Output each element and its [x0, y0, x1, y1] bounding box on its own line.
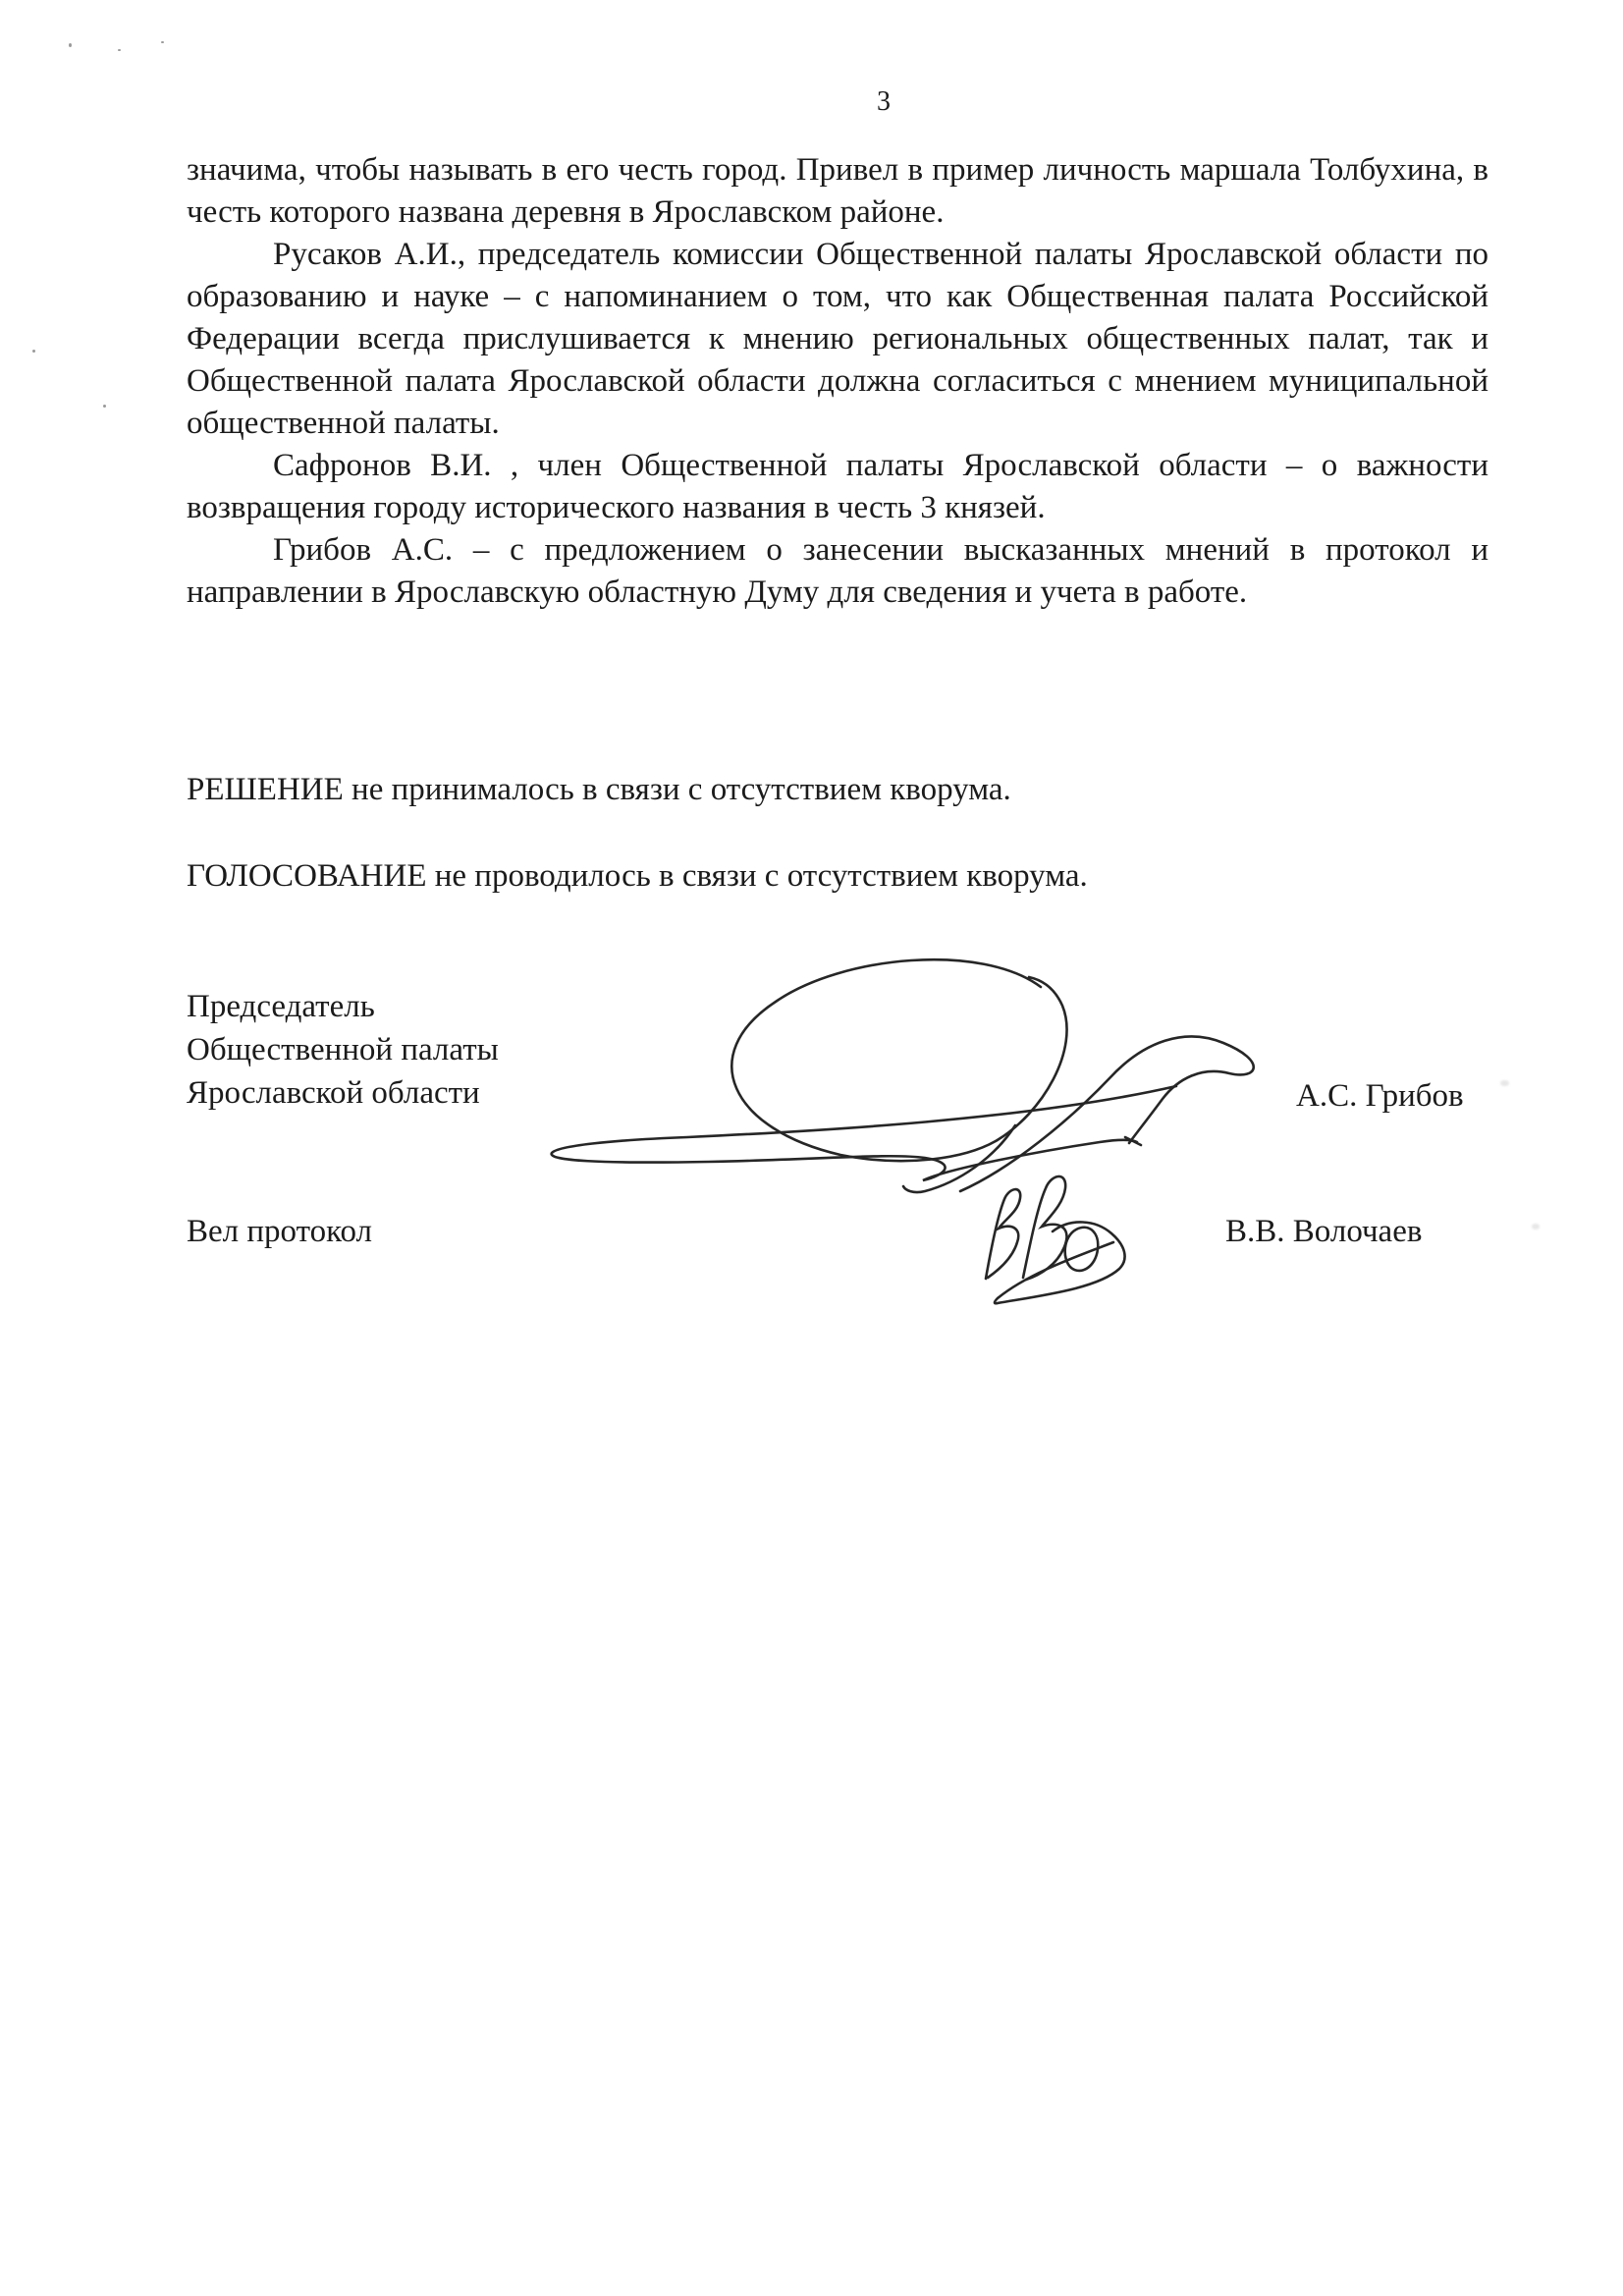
page-number: 3 [877, 86, 891, 118]
scan-smudge [1532, 1224, 1540, 1230]
scan-speck [118, 49, 121, 51]
scan-speck [103, 405, 106, 408]
secretary-title: Вел протокол [187, 1212, 372, 1251]
chairman-signature [552, 959, 1254, 1192]
chairman-title-line: Ярославской области [187, 1071, 499, 1115]
scan-speck [161, 41, 164, 43]
scan-speck [69, 43, 72, 47]
paragraph-rusakov: Русаков А.И., председатель комиссии Обще… [187, 234, 1488, 445]
scan-smudge [1500, 1080, 1509, 1086]
chairman-title-line: Председатель [187, 985, 499, 1028]
scanned-document-page: { "page": { "number": "3" }, "body": { "… [0, 0, 1623, 2296]
chairman-title-line: Общественной палаты [187, 1028, 499, 1071]
paragraph-gribov: Грибов А.С. – с предложением о занесении… [187, 529, 1488, 614]
decision-statement: РЕШЕНИЕ не принималось в связи с отсутст… [187, 769, 1488, 811]
chairman-name: А.С. Грибов [1296, 1076, 1464, 1116]
chairman-title-block: Председатель Общественной палаты Ярослав… [187, 985, 499, 1115]
paragraph-continuation: значима, чтобы называть в его честь горо… [187, 149, 1488, 234]
paragraph-safronov: Сафронов В.И. , член Общественной палаты… [187, 445, 1488, 529]
document-body: значима, чтобы называть в его честь горо… [187, 149, 1488, 614]
voting-statement: ГОЛОСОВАНИЕ не проводилось в связи с отс… [187, 855, 1488, 898]
signatures-overlay [530, 943, 1296, 1326]
secretary-signature [986, 1176, 1125, 1303]
scan-speck [32, 350, 35, 353]
